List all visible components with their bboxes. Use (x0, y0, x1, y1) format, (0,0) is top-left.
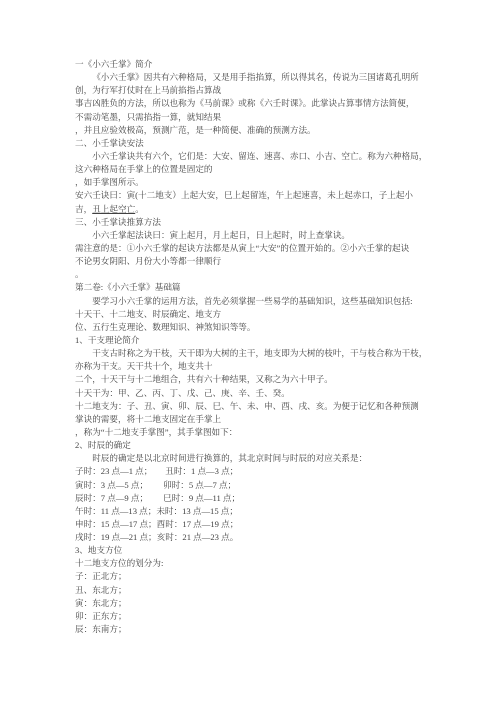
text-run: 戌时：19 点—21 点；亥时：21 点—23 点。 (75, 532, 238, 542)
document-page: 一《小六壬掌》简介《小六壬掌》因共有六种格局，又是用手指掐算，所以得其名，传说为… (0, 0, 496, 702)
text-run: 需注意的是：①小六壬掌的起诀方法都是从寅上“大安”的位置开始的。②小六壬掌的起诀 (75, 243, 409, 253)
text-run: 吉， (75, 204, 92, 214)
text-line: 卯：正东方； (75, 610, 475, 623)
text-line: 寅时：3 点—5 点； 卯时：5 点—7 点； (75, 479, 475, 492)
text-line: 辰：东南方； (75, 623, 475, 636)
text-line: 不论男女阴阳、月份大小等都一律顺行 (75, 255, 475, 268)
document-body: 一《小六壬掌》简介《小六壬掌》因共有六种格局，又是用手指掐算，所以得其名，传说为… (75, 58, 475, 636)
text-run: 十天干、十二地支、时辰确定、地支方 (75, 309, 221, 319)
underlined-text: 丑上起空亡 (92, 204, 135, 214)
text-line: 小六壬掌起法诀曰：寅上起月，月上起日，日上起时，时上查掌诀。 (75, 229, 475, 242)
text-run: 不需动笔墨，只需掐指一算，就知结果 (75, 112, 221, 122)
text-run: 要学习小六壬掌的运用方法，首先必须掌握一些易学的基础知识，这些基础知识包括: (92, 296, 412, 306)
text-run: 寅：东北方； (75, 598, 127, 608)
text-run: 3、地支方位 (75, 545, 122, 555)
text-line: 时辰的确定是以北京时间进行换算的，其北京时间与时辰的对应关系是： (75, 452, 475, 465)
text-line: 掌诀的需要，将十二地支固定在手掌上 (75, 413, 475, 426)
text-line: 十二地支为：子、丑、寅、卯、辰、巳、午、未、申、酉、戌、亥。为便于记忆和各种预测 (75, 400, 475, 413)
text-line: 十天干、十二地支、时辰确定、地支方 (75, 308, 475, 321)
text-run: 辰时：7 点—9 点； 巳时：9 点—11 点； (75, 493, 240, 503)
text-run: 事吉凶胜负的方法，所以也称为《马前课》或称《六壬时课》。此掌诀占算事情方法简便， (75, 98, 414, 108)
text-run: 掌诀的需要，将十二地支固定在手掌上 (75, 414, 221, 424)
text-line: 十二地支方位的划分为: (75, 557, 475, 570)
text-run: 时辰的确定是以北京时间进行换算的，其北京时间与时辰的对应关系是： (92, 453, 367, 463)
text-line: 1、干支理论简介 (75, 334, 475, 347)
text-line: 需注意的是：①小六壬掌的起诀方法都是从寅上“大安”的位置开始的。②小六壬掌的起诀 (75, 242, 475, 255)
text-line: 位、五行生克理论、数理知识、神煞知识等等。 (75, 321, 475, 334)
text-run: 卯：正东方； (75, 611, 127, 621)
text-run: 午时：11 点—13 点；未时：13 点—15 点； (75, 506, 238, 516)
text-line: 戌时：19 点—21 点；亥时：21 点—23 点。 (75, 531, 475, 544)
text-run: 二个，十天干与十二地组合，共有六十种结果，又称之为六十甲子。 (75, 374, 333, 384)
text-run: 小六壬掌起法诀曰：寅上起月，月上起日，日上起时，时上查掌诀。 (92, 230, 350, 240)
text-run: ，称为“十二地支手掌图”，其手掌图如下： (75, 427, 237, 437)
text-run: 这六种格局在手掌上的位置是固定的 (75, 164, 213, 174)
text-line: 干支古时称之为干枝，天干即为大树的主干，地支即为大树的枝叶，干与枝合称为干枝， (75, 347, 475, 360)
text-run: 小六壬掌诀共有六个，它们是：大安、留连、速喜、赤口、小吉、空亡。称为六种格局， (92, 151, 427, 161)
text-run: 亦称为干支。天干共十个，地支共十 (75, 361, 213, 371)
text-run: 干支古时称之为干枝，天干即为大树的主干，地支即为大树的枝叶，干与枝合称为干枝， (92, 348, 427, 358)
text-line: 申时：15 点—17 点；酉时：17 点—19 点； (75, 518, 475, 531)
text-run: 2、时辰的确定 (75, 440, 131, 450)
text-line: 创，为行军打仗时在上马前掐指占算战 (75, 84, 475, 97)
text-run: 二、小壬掌诀安法 (75, 138, 144, 148)
text-line: 子时：23 点—1 点； 丑时：1 点—3 点； (75, 465, 475, 478)
text-run: ，如手掌图所示。 (75, 177, 144, 187)
text-run: 子时：23 点—1 点； 丑时：1 点—3 点； (75, 466, 238, 476)
text-line: 2、时辰的确定 (75, 439, 475, 452)
text-run: 辰：东南方； (75, 624, 127, 634)
text-line: 二个，十天干与十二地组合，共有六十种结果，又称之为六十甲子。 (75, 373, 475, 386)
text-line: 小六壬掌诀共有六个，它们是：大安、留连、速喜、赤口、小吉、空亡。称为六种格局， (75, 150, 475, 163)
text-run: 十二地支方位的划分为: (75, 558, 163, 568)
text-run: 一《小六壬掌》简介 (75, 59, 152, 69)
text-line: 三、小壬掌诀推算方法 (75, 216, 475, 229)
text-line: 十天干为：甲、乙、丙、丁、戊、己、庚、辛、壬、癸。 (75, 387, 475, 400)
text-line: 第二卷:《小六壬掌》基础篇 (75, 281, 475, 294)
text-line: 丑、东北方； (75, 584, 475, 597)
text-run: ，并且应验效极高，预测广范，是一种简便、准确的预测方法。 (75, 125, 316, 135)
text-line: 子：正北方； (75, 570, 475, 583)
text-line: 午时：11 点—13 点；未时：13 点—15 点； (75, 505, 475, 518)
text-line: 寅：东北方； (75, 597, 475, 610)
text-line: 这六种格局在手掌上的位置是固定的 (75, 163, 475, 176)
text-line: 吉，丑上起空亡。 (75, 203, 475, 216)
text-line: 3、地支方位 (75, 544, 475, 557)
text-run: 寅时：3 点—5 点； 卯时：5 点—7 点； (75, 480, 236, 490)
text-run: 十二地支为：子、丑、寅、卯、辰、巳、午、未、申、酉、戌、亥。为便于记忆和各种预测 (75, 401, 419, 411)
text-run: 丑、东北方； (75, 585, 127, 595)
text-line: 。 (75, 268, 475, 281)
text-line: 要学习小六壬掌的运用方法，首先必须掌握一些易学的基础知识，这些基础知识包括: (75, 295, 475, 308)
text-run: 。 (75, 269, 84, 279)
text-run: 三、小壬掌诀推算方法 (75, 217, 161, 227)
text-run: 位、五行生克理论、数理知识、神煞知识等等。 (75, 322, 255, 332)
text-run: 创，为行军打仗时在上马前掐指占算战 (75, 85, 221, 95)
text-run: 。 (135, 204, 144, 214)
text-run: 子：正北方； (75, 571, 127, 581)
text-line: 亦称为干支。天干共十个，地支共十 (75, 360, 475, 373)
text-line: 辰时：7 点—9 点； 巳时：9 点—11 点； (75, 492, 475, 505)
text-line: 一《小六壬掌》简介 (75, 58, 475, 71)
text-line: ，并且应验效极高，预测广范，是一种简便、准确的预测方法。 (75, 124, 475, 137)
text-run: 《小六壬掌》因共有六种格局，又是用手指掐算，所以得其名，传说为三国诸葛孔明所 (92, 72, 419, 82)
text-run: 安六壬诀曰：寅(十二地支）上起大安，巳上起留连，午上起速喜，未上起赤口，子上起小 (75, 190, 413, 200)
text-run: 十天干为：甲、乙、丙、丁、戊、己、庚、辛、壬、癸。 (75, 388, 290, 398)
text-line: 《小六壬掌》因共有六种格局，又是用手指掐算，所以得其名，传说为三国诸葛孔明所 (75, 71, 475, 84)
text-line: ，如手掌图所示。 (75, 176, 475, 189)
text-line: 二、小壬掌诀安法 (75, 137, 475, 150)
text-line: 事吉凶胜负的方法，所以也称为《马前课》或称《六壬时课》。此掌诀占算事情方法简便， (75, 97, 475, 110)
text-run: 申时：15 点—17 点；酉时：17 点—19 点； (75, 519, 238, 529)
text-run: 1、干支理论简介 (75, 335, 139, 345)
text-line: ，称为“十二地支手掌图”，其手掌图如下： (75, 426, 475, 439)
text-run: 第二卷:《小六壬掌》基础篇 (75, 282, 181, 292)
text-run: 不论男女阴阳、月份大小等都一律顺行 (75, 256, 221, 266)
text-line: 不需动笔墨，只需掐指一算，就知结果 (75, 111, 475, 124)
text-line: 安六壬诀曰：寅(十二地支）上起大安，巳上起留连，午上起速喜，未上起赤口，子上起小 (75, 189, 475, 202)
